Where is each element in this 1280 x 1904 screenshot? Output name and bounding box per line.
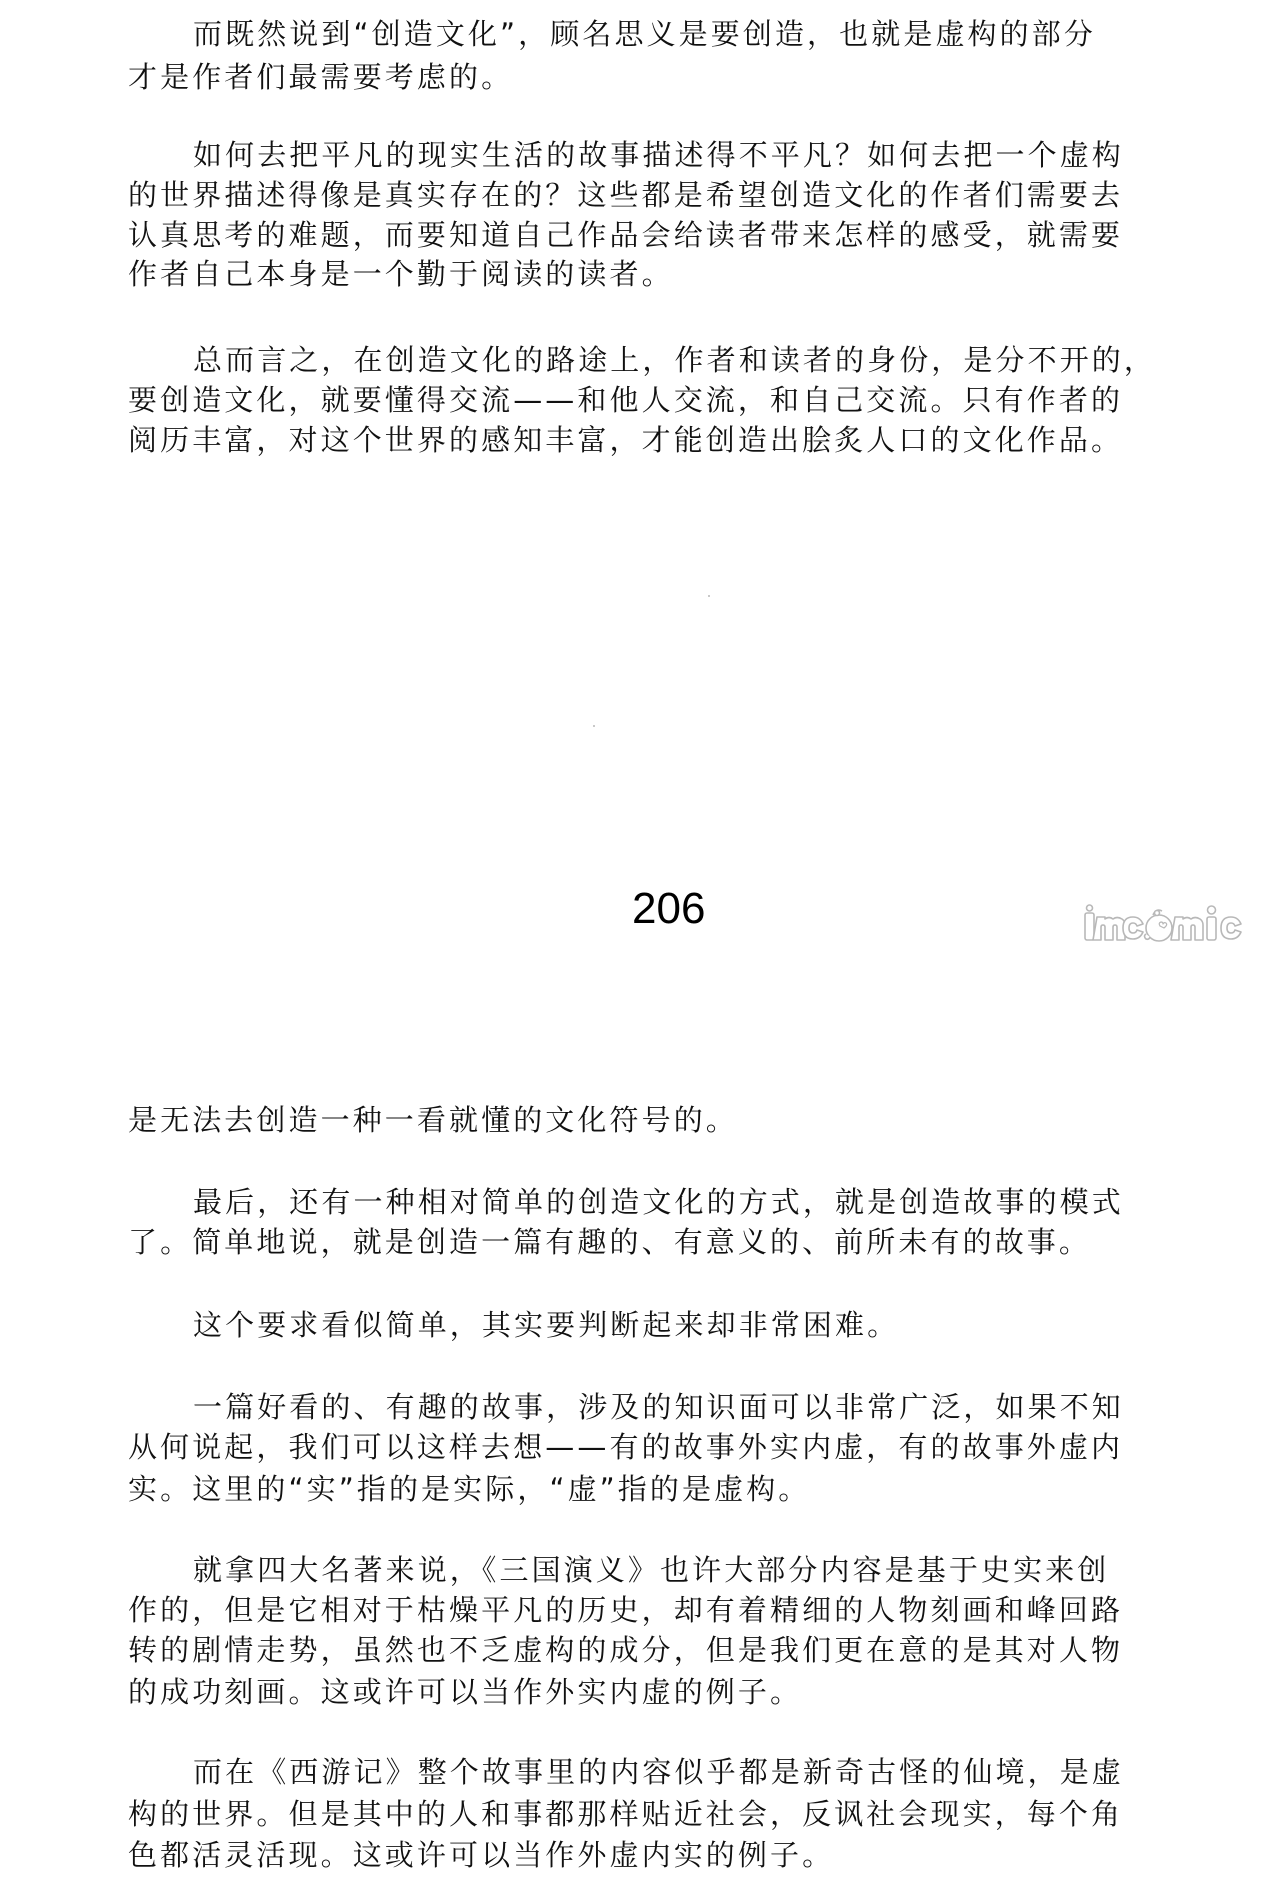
text-line: 一篇好看的、有趣的故事，涉及的知识面可以非常广泛，如果不知 (193, 1393, 1124, 1422)
text-line: 色都活灵活现。这或许可以当作外虚内实的例子。 (128, 1841, 834, 1870)
page-number: 206 (632, 887, 705, 931)
text-line: 是无法去创造一种一看就懂的文化符号的。 (128, 1106, 738, 1135)
text-line: 总而言之，在创造文化的路途上，作者和读者的身份，是分不开的， (193, 346, 1156, 375)
text-line: 就拿四大名著来说，《三国演义》也许大部分内容是基于史实来创 (193, 1556, 1109, 1585)
text-line: 实。这里的“实”指的是实际，“虚”指的是虚构。 (128, 1475, 810, 1504)
text-line: 最后，还有一种相对简单的创造文化的方式，就是创造故事的模式 (193, 1188, 1124, 1217)
text-line: 作者自己本身是一个勤于阅读的读者。 (128, 260, 674, 289)
text-line: 而既然说到“创造文化”，顾名思义是要创造，也就是虚构的部分 (193, 20, 1096, 49)
text-line: 而在《西游记》整个故事里的内容似乎都是新奇古怪的仙境，是虚 (193, 1758, 1124, 1787)
text-line: 的成功刻画。这或许可以当作外实内虚的例子。 (128, 1678, 802, 1707)
text-line: 这个要求看似简单，其实要判断起来却非常困难。 (193, 1311, 899, 1340)
text-line: 构的世界。但是其中的人和事都那样贴近社会，反讽社会现实，每个角 (128, 1800, 1123, 1829)
text-line: 要创造文化，就要懂得交流——和他人交流，和自己交流。只有作者的 (128, 386, 1123, 415)
scan-speck (593, 725, 595, 727)
text-line: 如何去把平凡的现实生活的故事描述得不平凡？如何去把一个虚构 (193, 141, 1124, 170)
text-line: 阅历丰富，对这个世界的感知丰富，才能创造出脍炙人口的文化作品。 (128, 426, 1123, 455)
text-line: 才是作者们最需要考虑的。 (128, 63, 513, 92)
text-line: 作的，但是它相对于枯燥平凡的历史，却有着精细的人物刻画和峰回路 (128, 1596, 1123, 1625)
scan-speck (708, 595, 710, 597)
jmcomic-watermark-logo (1083, 904, 1275, 946)
text-line: 了。简单地说，就是创造一篇有趣的、有意义的、前所未有的故事。 (128, 1228, 1091, 1257)
book-page-scan: 而既然说到“创造文化”，顾名思义是要创造，也就是虚构的部分 才是作者们最需要考虑… (0, 0, 1280, 1904)
text-line: 从何说起，我们可以这样去想——有的故事外实内虚，有的故事外虚内 (128, 1433, 1123, 1462)
text-line: 的世界描述得像是真实存在的？这些都是希望创造文化的作者们需要去 (128, 181, 1123, 210)
text-line: 转的剧情走势，虽然也不乏虚构的成分，但是我们更在意的是其对人物 (128, 1636, 1123, 1665)
text-line: 认真思考的难题，而要知道自己作品会给读者带来怎样的感受，就需要 (128, 221, 1123, 250)
